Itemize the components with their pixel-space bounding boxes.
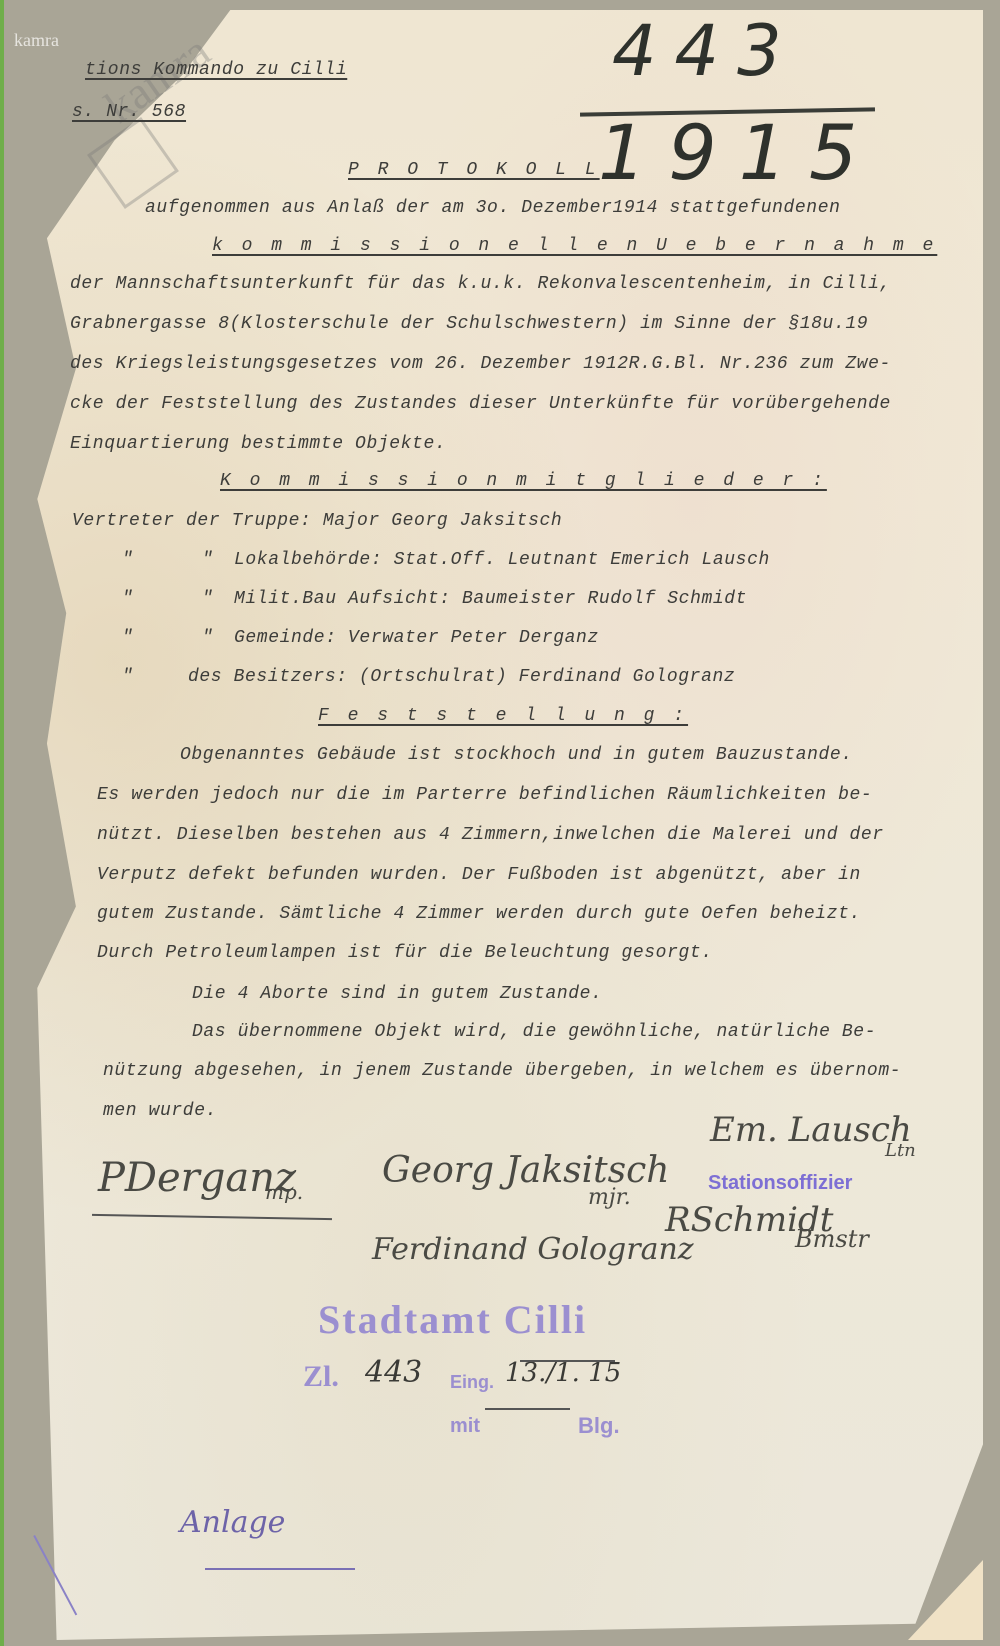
signature-suffix: Ltn <box>885 1140 916 1161</box>
section-heading-findings: F e s t s t e l l u n g : <box>318 706 688 726</box>
ditto-mark: " <box>122 550 133 570</box>
mit-blank-line <box>485 1408 570 1410</box>
office-header: tions Kommando zu Cilli <box>85 60 347 80</box>
scan-edge <box>0 0 4 1646</box>
document-title: P R O T O K O L L <box>348 160 600 180</box>
file-number-bottom: 1915 <box>598 108 879 197</box>
city-office-stamp: Stadtamt Cilli <box>318 1296 587 1343</box>
finding-line: Durch Petroleumlampen ist für die Beleuc… <box>97 943 713 963</box>
intro-line: Einquartierung bestimmte Objekte. <box>70 434 446 454</box>
zl-label: Zl. <box>303 1360 339 1394</box>
finding-line: Verputz defekt befunden wurden. Der Fußb… <box>97 865 861 885</box>
member-row: Gemeinde: Verwater Peter Derganz <box>234 628 599 648</box>
finding-line: Obgenanntes Gebäude ist stockhoch und in… <box>180 745 853 765</box>
intro-line: des Kriegsleistungsgesetzes vom 26. Deze… <box>70 354 891 374</box>
finding-line: men wurde. <box>103 1101 217 1121</box>
ditto-mark: " <box>122 628 133 648</box>
finding-line: nützt. Dieselben bestehen aus 4 Zimmern,… <box>97 825 884 845</box>
ditto-mark: " <box>122 589 133 609</box>
intro-line: cke der Feststellung des Zustandes diese… <box>70 394 891 414</box>
signature-lausch: Em. Lausch <box>710 1110 912 1150</box>
finding-line: gutem Zustande. Sämtliche 4 Zimmer werde… <box>97 904 861 924</box>
intro-line: Grabnergasse 8(Klosterschule der Schulsc… <box>70 314 868 334</box>
member-row: Milit.Bau Aufsicht: Baumeister Rudolf Sc… <box>234 589 747 609</box>
file-number-top: 443 <box>612 10 800 92</box>
finding-line: nützung abgesehen, in jenem Zustande übe… <box>103 1061 901 1081</box>
member-row: des Besitzers: (Ortschulrat) Ferdinand G… <box>188 667 735 687</box>
intro-line: der Mannschaftsunterkunft für das k.u.k.… <box>70 274 891 294</box>
finding-line: Es werden jedoch nur die im Parterre bef… <box>97 785 872 805</box>
ditto-mark: " <box>202 550 213 570</box>
section-heading-members: K o m m i s s i o n m i t g l i e d e r … <box>220 471 827 491</box>
signature-suffix: mp. <box>265 1180 303 1204</box>
section-heading-takeover: k o m m i s s i o n e l l e n U e b e r … <box>212 236 937 256</box>
station-officer-stamp: Stationsoffizier <box>708 1172 852 1195</box>
signature-suffix: mjr. <box>588 1185 631 1210</box>
signature-gologranz: Ferdinand Gologranz <box>372 1232 694 1267</box>
reference-number: s. Nr. 568 <box>72 102 186 122</box>
member-row: Vertreter der Truppe: Major Georg Jaksit… <box>72 511 562 531</box>
zl-value: 443 <box>365 1355 422 1390</box>
date-overline <box>520 1360 615 1362</box>
annotation-anlage: Anlage <box>180 1505 285 1540</box>
ditto-mark: " <box>202 628 213 648</box>
signature-suffix: Bmstr <box>795 1225 869 1253</box>
kamra-logo: kamra <box>14 30 59 51</box>
blg-label: Blg. <box>578 1413 620 1439</box>
finding-line: Das übernommene Objekt wird, die gewöhnl… <box>192 1022 876 1042</box>
ditto-mark: " <box>122 667 133 687</box>
intro-line: aufgenommen aus Anlaß der am 3o. Dezembe… <box>145 198 841 218</box>
finding-line: Die 4 Aborte sind in gutem Zustande. <box>192 984 602 1004</box>
member-row: Lokalbehörde: Stat.Off. Leutnant Emerich… <box>234 550 770 570</box>
annotation-underline <box>205 1568 355 1570</box>
eing-value: 13./1. 15 <box>505 1358 621 1388</box>
folded-corner <box>908 1560 983 1640</box>
ditto-mark: " <box>202 589 213 609</box>
eing-label: Eing. <box>450 1372 494 1393</box>
mit-label: mit <box>450 1415 480 1438</box>
